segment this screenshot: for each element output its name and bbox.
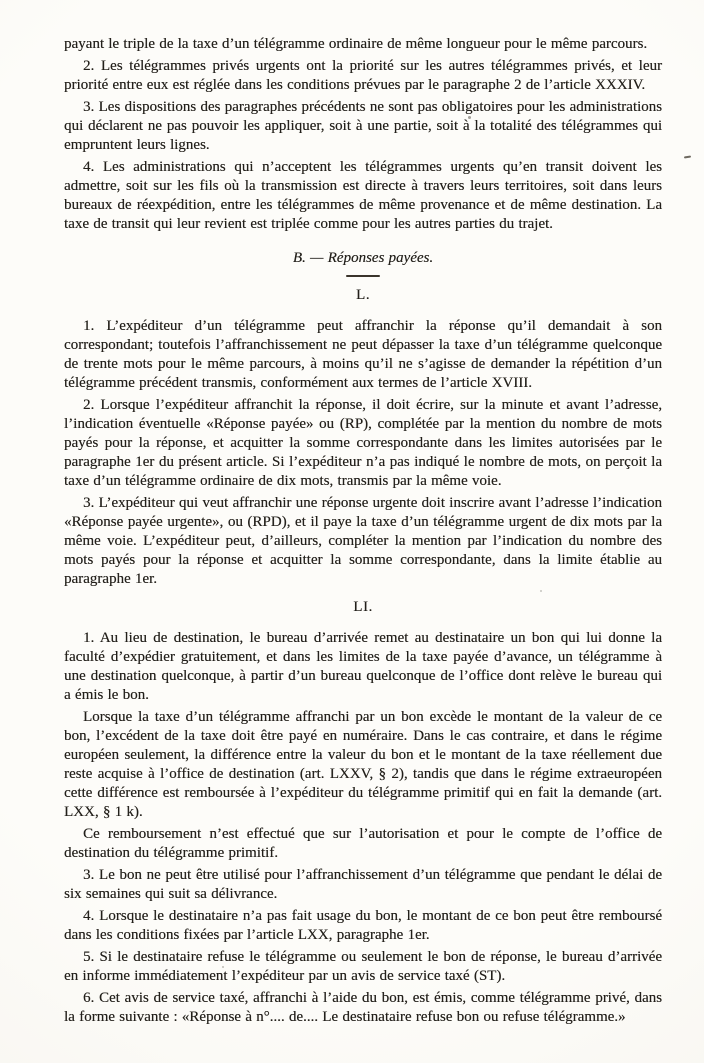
scan-artifact-dot — [540, 590, 542, 592]
article-LI-paragraph-2: Lorsque la taxe d’un télégramme affranch… — [64, 708, 662, 822]
section-subheading-reponses-payees: B. — Réponses payées. — [64, 249, 662, 268]
article-LI-paragraph-6: 6. Cet avis de service taxé, affranchi à… — [64, 989, 662, 1027]
article-LI-paragraph-5: 5. Si le destinataire refuse le télégram… — [64, 948, 662, 986]
article-LI-paragraph-1: 1. Au lieu de destination, le bureau d’a… — [64, 629, 662, 705]
article-L-paragraph-2: 2. Lorsque l’expéditeur affranchit la ré… — [64, 396, 662, 491]
article-LI-paragraph-4: 4. Lorsque le destinataire n’a pas fait … — [64, 907, 662, 945]
scan-artifact-dot — [222, 966, 224, 968]
scanned-document-page: payant le triple de la taxe d’un télégra… — [0, 0, 704, 1063]
section-divider-rule — [346, 275, 380, 277]
article-LI-paragraph-2b: Ce remboursement n’est effectué que sur … — [64, 825, 662, 863]
body-paragraph-2: 2. Les télégrammes privés urgents ont la… — [64, 57, 662, 95]
body-paragraph-3: 3. Les dispositions des paragraphes préc… — [64, 98, 662, 155]
article-L-paragraph-1: 1. L’expéditeur d’un télégramme peut aff… — [64, 317, 662, 393]
scan-artifact-dot — [468, 116, 471, 119]
article-L-paragraph-3: 3. L’expéditeur qui veut affranchir une … — [64, 494, 662, 589]
article-heading-L: L. — [64, 286, 662, 305]
article-heading-LI: LI. — [64, 598, 662, 617]
body-paragraph-continuation: payant le triple de la taxe d’un télégra… — [64, 35, 662, 54]
article-LI-paragraph-3: 3. Le bon ne peut être utilisé pour l’af… — [64, 866, 662, 904]
body-paragraph-4: 4. Les administrations qui n’acceptent l… — [64, 158, 662, 234]
scan-artifact-dash — [684, 156, 691, 159]
